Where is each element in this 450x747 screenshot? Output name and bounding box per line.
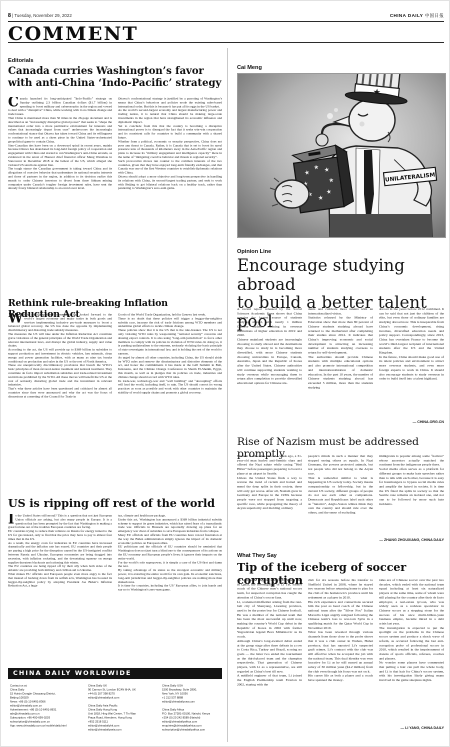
- section-rule: [8, 42, 444, 43]
- body-text: people’s minds in such a manner that the…: [308, 454, 373, 515]
- page-date: | Tuesday, November 29, 2022: [12, 13, 72, 18]
- masthead-chinese: 中国日报: [425, 13, 444, 18]
- opinion-col3: abroad in the years before 2012 combined…: [379, 307, 444, 419]
- footer-contact-text: China Daily UK 90 Cannon St, London EC4N…: [88, 684, 160, 732]
- editorial-1-headline: Canada curries Washington’s favor with a…: [8, 66, 222, 89]
- body-text: tax, climate and healthcare package. Und…: [118, 514, 222, 592]
- editorial-2-col2: Goods of the World Trade Organization, h…: [118, 313, 222, 494]
- cartoon-illustration: ★★★ ★★★ ★★: [238, 74, 445, 237]
- opinion-attribution: — CHINA.ORG.CN: [379, 420, 444, 424]
- editorial-2-col1: While the international community has lo…: [8, 313, 112, 494]
- svg-text:★: ★: [324, 166, 330, 174]
- body-text: Goods of the World Trade Organization, h…: [118, 313, 222, 395]
- body-text: Nazism is still alive. About a week ago,…: [237, 454, 302, 511]
- body-text: Ottawa’s confrontational strategy is jus…: [118, 97, 222, 191]
- opinion-line-kicker: Opinion Line: [237, 249, 271, 255]
- opinion-col1: A recent report released by the Social S…: [237, 307, 302, 423]
- body-text: talks era of Chinese soccer over the pas…: [379, 578, 444, 682]
- editorial-3-col1: Is the United States still moral? This i…: [8, 514, 112, 660]
- editorial-cartoon: ★★★ ★★★ ★★: [237, 73, 446, 238]
- body-text: hile the international community has loo…: [8, 313, 112, 398]
- body-text: anada launched its long-anticipated “Ind…: [8, 97, 112, 190]
- drop-cap: C: [8, 97, 20, 108]
- soccer-attribution: — LI YANG, CHINA DAILY: [379, 726, 444, 730]
- what-they-say-kicker: What They Say: [237, 553, 277, 559]
- nazism-col1: Nazism is still alive. About a week ago,…: [237, 454, 302, 540]
- body-text: immigrants is popular among some “native…: [379, 454, 444, 506]
- nazism-col2: people’s minds in such a manner that the…: [308, 454, 373, 540]
- footer-col1: Contact us at: China Daily 15 Huixin Don…: [10, 684, 84, 742]
- soccer-col2: club for six seasons before his transfer…: [308, 578, 373, 728]
- editorial-3-headline: US is ripping off rest of the world: [8, 497, 222, 510]
- uncle-sam-fist: [275, 180, 309, 208]
- newspaper-page: 8 | Tuesday, November 29, 2022 CHINA DAI…: [0, 0, 450, 747]
- uncle-sam-head: [349, 99, 395, 141]
- page-number: 8: [8, 13, 11, 19]
- nazism-col3: immigrants is popular among some “native…: [379, 454, 444, 536]
- body-text: A recent report released by the Social S…: [237, 307, 302, 385]
- svg-text:★: ★: [326, 188, 332, 196]
- column-divider: [227, 48, 228, 742]
- page-header-right: CHINA DAILY 中国日报: [390, 13, 444, 19]
- body-text: dents and cultivate more talents with an…: [308, 307, 373, 390]
- editorial-1-col2: Ottawa’s confrontational strategy is jus…: [118, 97, 222, 236]
- page-header-left: 8 | Tuesday, November 29, 2022: [8, 13, 72, 19]
- body-text: club for six seasons before his transfer…: [308, 578, 373, 682]
- uncle-sam-trousers: [330, 214, 432, 237]
- svg-text:★: ★: [328, 177, 334, 185]
- editorial-1-col1: Canada launched its long-anticipated “In…: [8, 97, 112, 236]
- footer-col3: China Daily USA 1500 Broadway, Suite 280…: [162, 684, 222, 742]
- soccer-col3: talks era of Chinese soccer over the pas…: [379, 578, 444, 724]
- editorials-kicker: Editorials: [8, 58, 34, 64]
- body-text: As well as the ongoing 2022 FIFA World C…: [237, 578, 302, 687]
- editorial-3-col2: tax, climate and healthcare package. Und…: [118, 514, 222, 660]
- cartoon-artist: Cai Meng: [237, 65, 262, 71]
- pipe-bowl: [316, 134, 328, 146]
- cheek: [360, 122, 365, 127]
- body-text: s the United States still moral? This is…: [8, 514, 112, 588]
- svg-text:★: ★: [304, 169, 310, 177]
- opinion-col2: dents and cultivate more talents with an…: [308, 307, 373, 423]
- footer-col2: China Daily UK 90 Cannon St, London EC4N…: [88, 684, 160, 742]
- footer-banner: CHINA DAILY WORLDWIDE: [8, 668, 222, 679]
- footer-contact-text: Contact us at: China Daily 15 Huixin Don…: [10, 684, 84, 728]
- header-rule: [8, 21, 444, 22]
- nazism-attribution: — ZHANG ZHOUXIANG, CHINA DAILY: [379, 538, 444, 542]
- svg-text:★: ★: [313, 164, 319, 172]
- smoke-puff: [334, 108, 338, 112]
- masthead: CHINA DAILY: [390, 13, 423, 18]
- smoke-puff: [327, 113, 333, 119]
- drop-cap: W: [8, 313, 24, 324]
- body-text: abroad in the years before 2012 combined…: [379, 307, 444, 381]
- soccer-col1: As well as the ongoing 2022 FIFA World C…: [237, 578, 302, 728]
- footer-contact-text: China Daily USA 1500 Broadway, Suite 280…: [162, 684, 222, 732]
- drop-cap: I: [8, 514, 15, 525]
- svg-text:★: ★: [318, 194, 324, 202]
